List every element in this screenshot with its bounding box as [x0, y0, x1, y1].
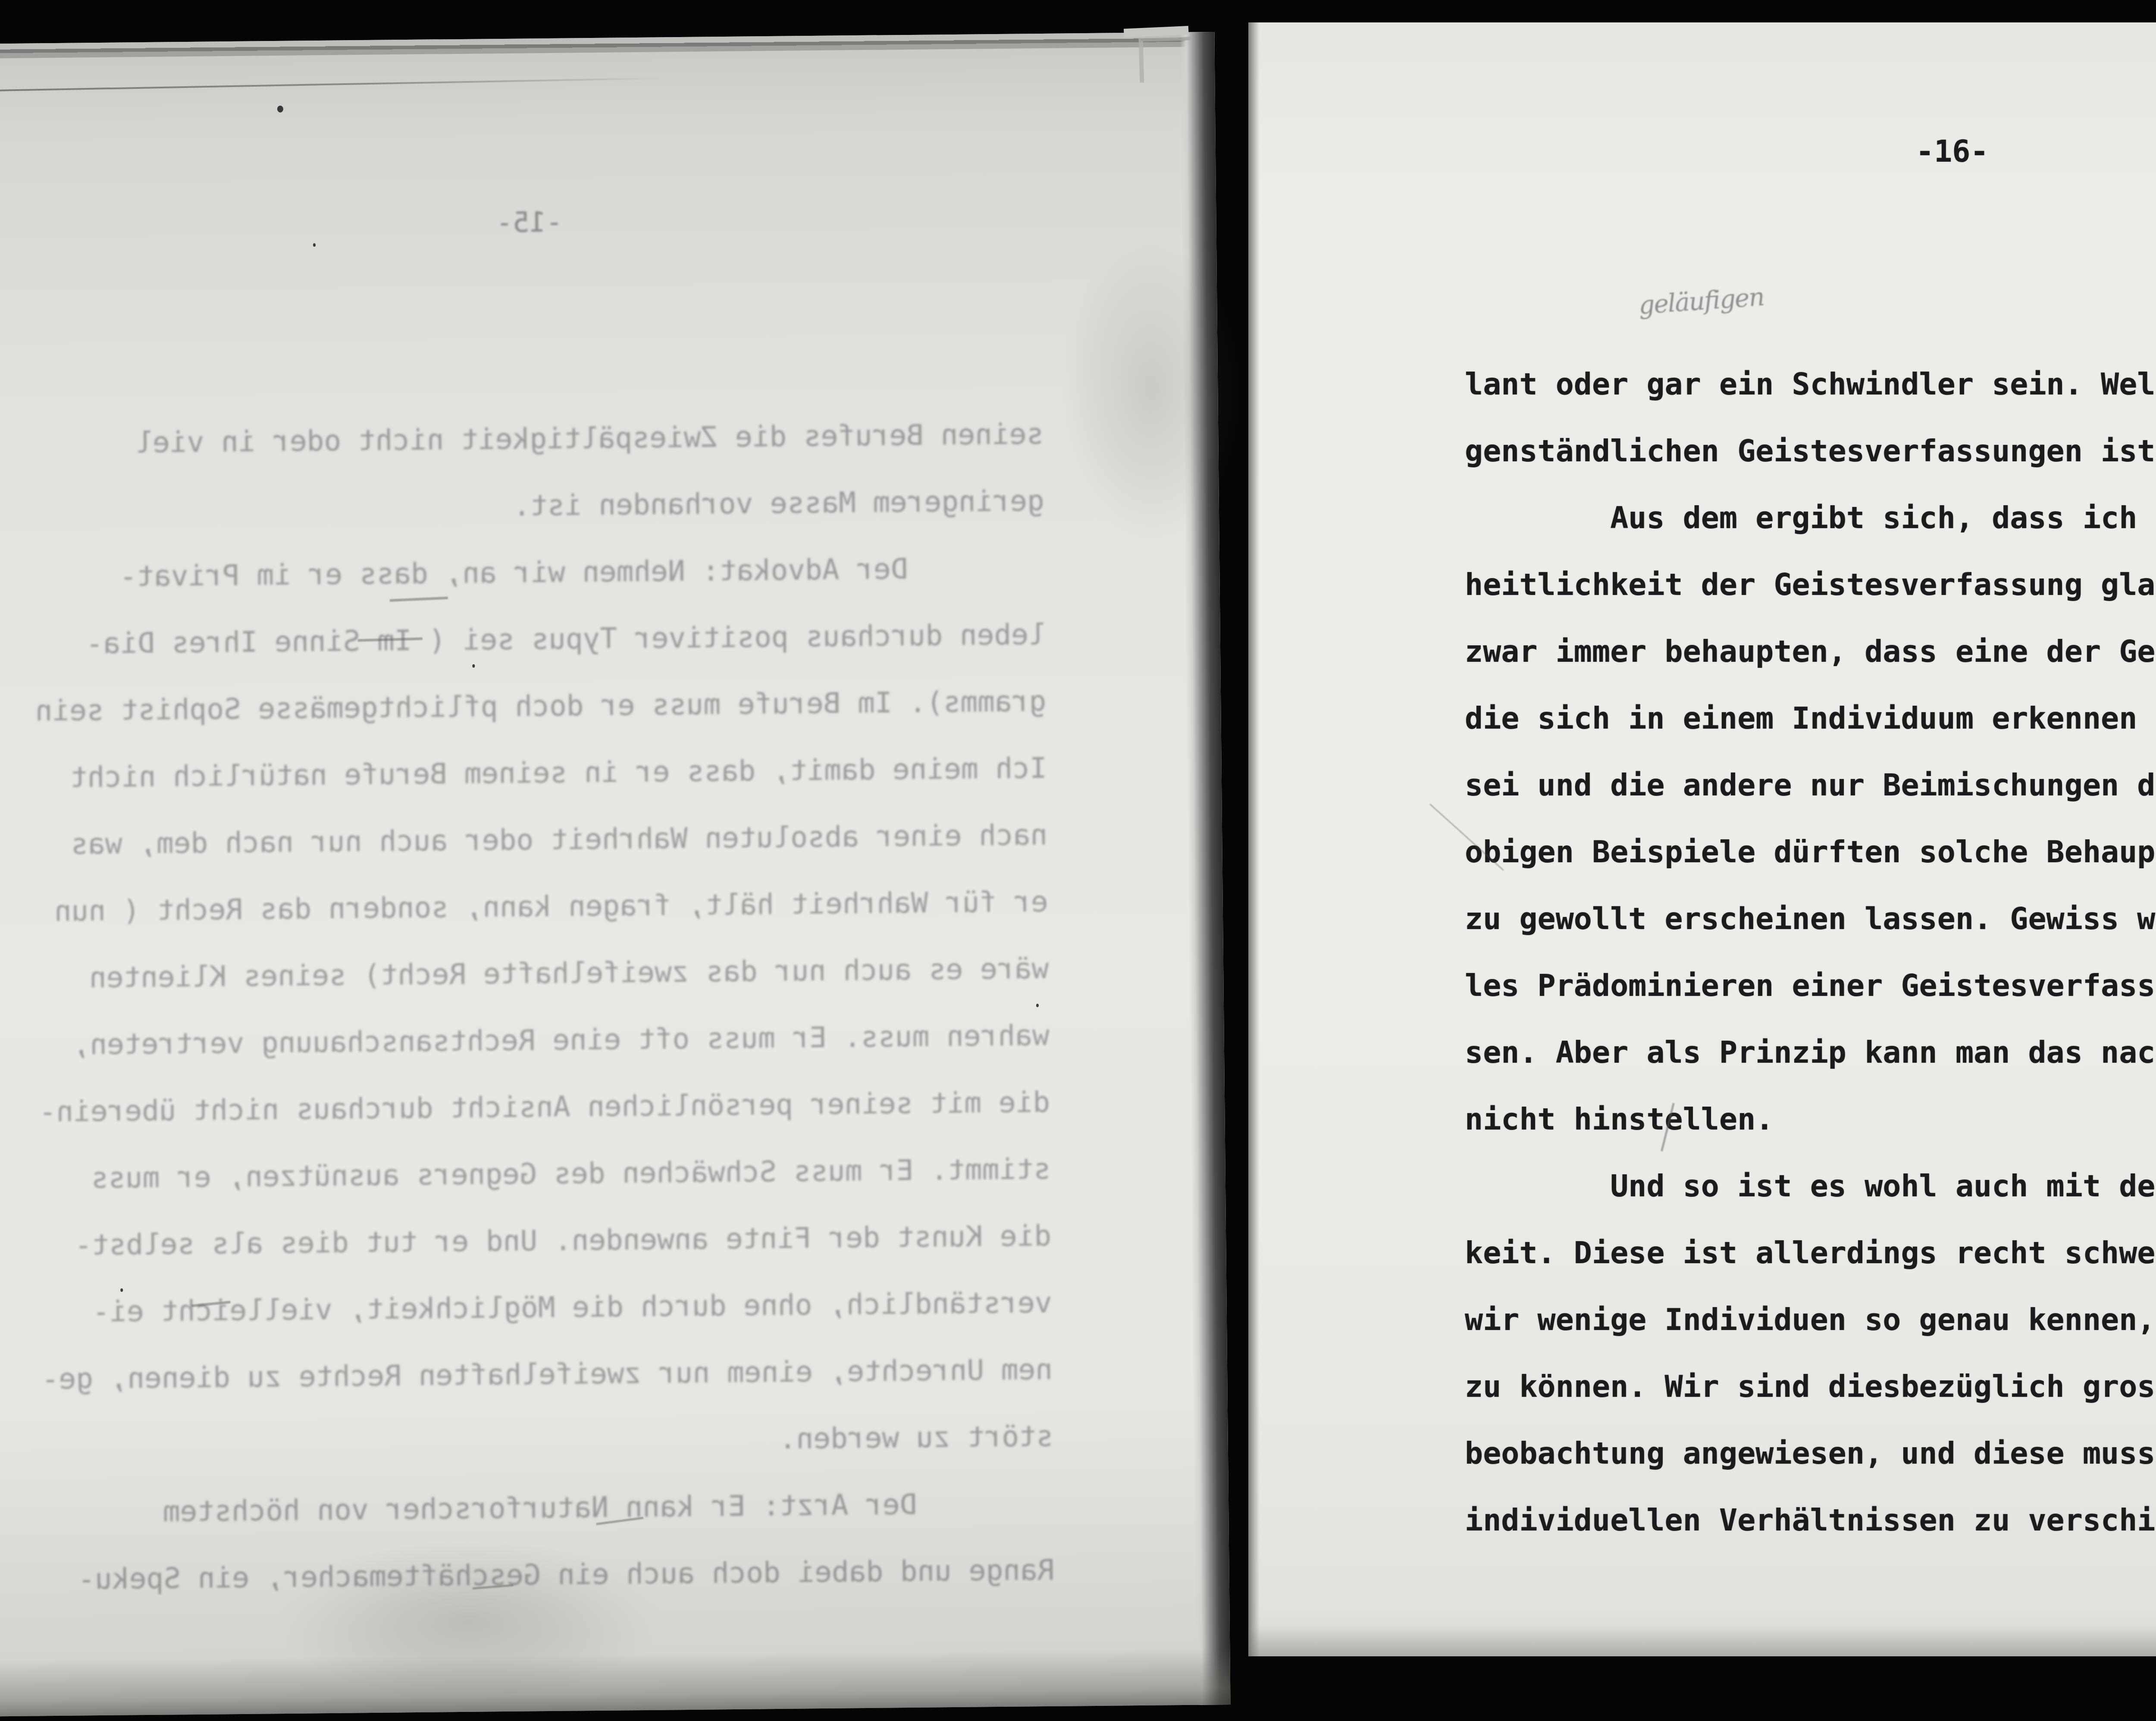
typed-line: sei und die andere nur Beimischungen dar…	[1465, 752, 2156, 819]
typed-line: individuellen Verhältnissen zu verschied…	[1465, 1487, 2156, 1554]
typed-line-mirrored: stimmt. Er muss Schwächen des Gegners au…	[97, 1136, 1051, 1211]
right-page-bottom-shadow	[1248, 1626, 2156, 1656]
left-page: -15- seinen Berufes die Zwiespältigkeit …	[0, 32, 1231, 1717]
typed-line-mirrored: seinen Berufes die Zwiespältigkeit nicht…	[91, 401, 1044, 476]
typed-line-mirrored: wäre es auch nur das zweifelhafte Recht)…	[96, 935, 1049, 1011]
dust-speck	[1036, 1004, 1039, 1007]
typed-line-mirrored: stört zu werden.	[100, 1403, 1053, 1479]
left-page-text-block: seinen Berufes die Zwiespältigkeit nicht…	[89, 301, 1055, 1612]
typed-line-mirrored: Range und dabei doch auch ein Geschäftem…	[101, 1536, 1055, 1612]
typed-line: genständlichen Geistesverfassungen ist i…	[1465, 418, 2156, 485]
left-page-right-edge-stack	[1180, 32, 1230, 1705]
right-page-left-edge	[1248, 22, 1260, 1656]
typed-line-mirrored: Der Advokat: Nehmen wir an, dass er im P…	[92, 534, 1045, 610]
typed-line-mirrored: die mit seiner persönlichen Ansicht durc…	[97, 1069, 1050, 1145]
typed-line-mirrored: nach einer absoluten Wahrheit oder auch …	[94, 801, 1048, 877]
typed-line-mirrored: nem Unrechte, einem nur zweifelhaften Re…	[99, 1336, 1053, 1412]
typed-line-mirrored: wahren muss. Er muss oft eine Rechtsansc…	[96, 1002, 1050, 1078]
sheet-corner	[1139, 37, 1192, 83]
typed-line: wir wenige Individuen so genau kennen, u…	[1465, 1286, 2156, 1353]
typed-line: zwar immer behaupten, dass eine der Geis…	[1465, 618, 2156, 685]
right-page-text-block: lant oder gar ein Schwindler sein. Welch…	[1465, 245, 2156, 1554]
typed-line: les Prädominieren einer Geistesverfassun…	[1465, 952, 2156, 1019]
scanned-document-photo: { "document": { "description_colors": { …	[0, 0, 2156, 1721]
right-page: -16- geläufigen lant oder gar ein Schwin…	[1248, 22, 2156, 1656]
dust-speck	[120, 1289, 123, 1292]
crease-line	[0, 78, 665, 92]
typed-line: sen. Aber als Prinzip kann man das nach …	[1465, 1019, 2156, 1086]
typed-line: zu können. Wir sind diesbezüglich grosse…	[1465, 1353, 2156, 1420]
typed-line: heitlichkeit der Geistesverfassung glaub…	[1465, 551, 2156, 618]
right-page-number: -16-	[1916, 134, 1989, 169]
typed-line: lant oder gar ein Schwindler sein. Welch…	[1465, 351, 2156, 418]
typed-line-mirrored: Ich meine damit, dass er in seinem Beruf…	[94, 735, 1047, 810]
left-page-bottom-shadow	[0, 1649, 1231, 1717]
typed-line: zu gewollt erscheinen lassen. Gewiss wir…	[1465, 886, 2156, 952]
typed-line-mirrored: verständlich, ohne durch die Möglichkeit…	[99, 1269, 1052, 1345]
typed-line: beobachtung angewiesen, und diese muss n…	[1465, 1420, 2156, 1487]
typed-line-mirrored: geringerem Masse vorhanden ist.	[91, 467, 1044, 543]
dust-speck	[313, 243, 316, 247]
typed-line: keit. Diese ist allerdings recht schwer …	[1465, 1220, 2156, 1286]
typed-line-mirrored: leben durchaus positiver Typus sei ( Im …	[92, 601, 1046, 677]
left-page-top-edge-stack	[0, 32, 1215, 59]
dust-speck	[277, 106, 283, 113]
dust-speck	[472, 664, 475, 668]
typed-line: Aus dem ergibt sich, dass ich nicht an d…	[1465, 485, 2156, 551]
typed-line: die sich in einem Individuum erkennen la…	[1465, 685, 2156, 752]
left-page-number: -15-	[496, 207, 563, 239]
typed-line-mirrored: gramms). Im Berufe muss er doch pflichtg…	[93, 668, 1047, 744]
typed-line: nicht hinstellen.	[1465, 1086, 2156, 1153]
typed-line: Und so ist es wohl auch mit der Unwandel…	[1465, 1153, 2156, 1220]
typed-line-mirrored: Der Arzt: Er kann Naturforscher von höch…	[100, 1470, 1054, 1546]
typed-line: obigen Beispiele dürften solche Behauptu…	[1465, 819, 2156, 886]
typed-line-mirrored: er für Wahrheit hält, fragen kann, sonde…	[95, 868, 1048, 944]
typed-line-mirrored: die Kunst der Finte anwenden. Und er tut…	[98, 1202, 1051, 1278]
